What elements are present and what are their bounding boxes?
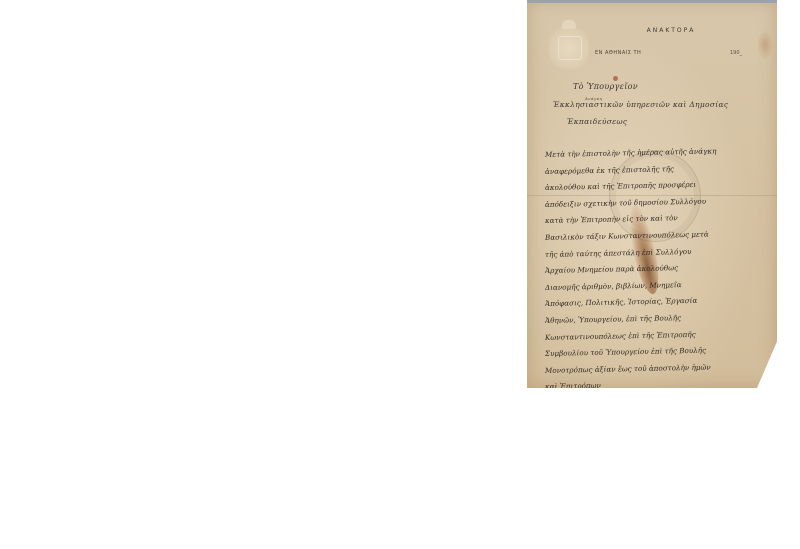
letterhead-year: 190_ — [730, 50, 742, 56]
stain-spot — [613, 76, 618, 81]
letterhead-title: ΑΝΑΚΤΟΡΑ — [527, 27, 777, 34]
letter-body: Μετὰ τὴν ἐπιστολὴν τῆς ἡμέρας αὐτῆς ἀνάγ… — [545, 147, 773, 396]
scan-top-edge — [527, 0, 777, 3]
salutation-line: Τὸ Ὑπουργεῖον — [573, 82, 638, 91]
address-line-1: Ἐκκλησιαστικῶν ὑπηρεσιῶν καὶ Δημοσίας — [553, 100, 728, 109]
letter-document: ΑΝΑΚΤΟΡΑ ΕΝ ΑΘΗΝΑΙΣ ΤΗ 190_ Τὸ Ὑπουργεῖο… — [527, 0, 777, 388]
edge-stain — [757, 30, 773, 60]
letterhead-place: ΕΝ ΑΘΗΝΑΙΣ ΤΗ — [595, 50, 641, 56]
address-line-2: Ἐκπαιδεύσεως — [567, 117, 627, 126]
body-line: καὶ Ἐπιτρόπων — [545, 375, 773, 396]
